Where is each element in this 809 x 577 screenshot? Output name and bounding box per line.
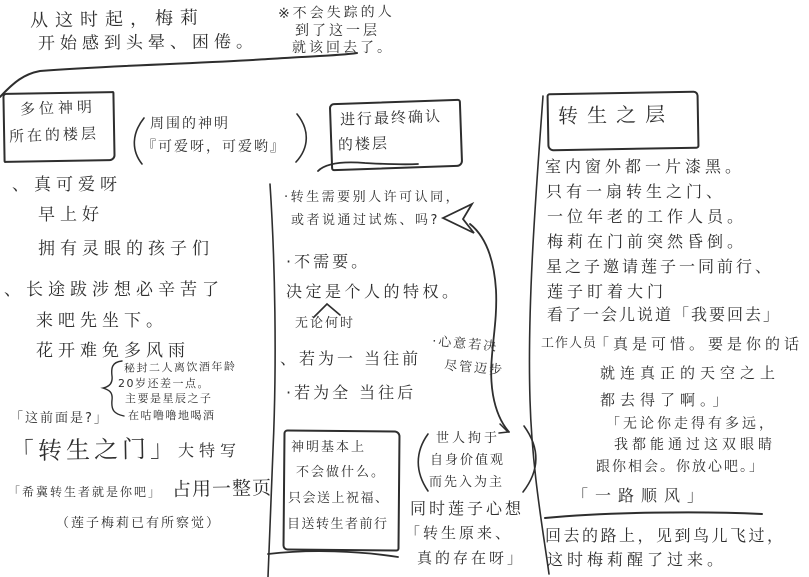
gods-blessing-line1: 神明基本上 [291, 441, 366, 455]
god-dialog-line: 、真可爱呀 [12, 176, 122, 195]
god-dialog-line: 早上好 [38, 206, 104, 225]
rebirth-floor-title: 转生之层 [558, 103, 674, 127]
scene-line: 看了一会儿说道「我要回去」 [547, 306, 781, 324]
question-line1: ·转生需要别人许可认同， [284, 191, 461, 205]
drink-note-line1: 秘封二人离饮酒年龄 [124, 361, 237, 375]
renko-thought-line2: 「转生原来、 [405, 525, 513, 542]
staff-quote1-line1: 「真是可惜。要是你的话 [594, 336, 803, 353]
answer-line1: ·不需要。 [286, 253, 370, 271]
rule-note-text1: 不会失踪的人 [293, 4, 395, 22]
reference-mark-icon: ※ [278, 6, 293, 22]
god-dialog-line: 拥有灵眼的孩子们 [38, 240, 214, 259]
scene-line: 星之子邀请莲子一同前行、 [546, 258, 774, 276]
final-confirm-box-line2: 的楼层 [338, 135, 390, 153]
ending-line2: 这时梅莉醒了过来。 [547, 551, 727, 569]
door-closeup-big: 「转生之门」 [10, 436, 178, 465]
scene-line: 莲子盯着大门 [547, 283, 667, 301]
rule-backward: ·若为全 当往后 [286, 384, 416, 402]
hope-quote: 「希冀转生者就是你吧」 [8, 486, 162, 499]
question-arrow-tail [470, 224, 509, 432]
gods-floor-box-line2: 所在的楼层 [9, 125, 100, 145]
gods-blessing-line3: 只会送上祝福、 [288, 492, 390, 506]
aside-right-paren [296, 114, 306, 162]
godbox-underline [268, 551, 398, 557]
god-dialog-line: 、长途跋涉想必辛苦了 [4, 281, 224, 300]
awareness-note: （莲子梅莉已有所察觉） [56, 517, 221, 531]
values-note-line2: 自身价值观 [430, 454, 505, 468]
aside-note-line1: 周围的神明 [150, 117, 230, 132]
gods-blessing-line4: 目送转生者前行 [287, 518, 389, 532]
hope-caption: 占用一整页 [172, 478, 272, 501]
drink-note-line3: 主要是星辰之子 [125, 393, 213, 405]
ending-divider-line [545, 512, 762, 518]
gods-floor-box-line1: 多位神明 [20, 99, 97, 118]
rule-note-line1: ※不会失踪的人 [278, 5, 395, 22]
top-divider-line [0, 53, 357, 97]
question-line2: 或者说通过试炼、吗? [291, 214, 440, 228]
staff-label: 工作人员 [541, 337, 597, 351]
answer-line2: 决定是个人的特权。 [286, 283, 462, 301]
god-dialog-line: 来吧先坐下。 [36, 312, 168, 331]
rule-note-line2: 到了这一层 [295, 24, 380, 39]
staff-quote1-line2: 就连真正的天空之上 [600, 365, 780, 382]
staff-quote3: 「一路顺风」 [572, 487, 710, 505]
scene-line: 梅莉在门前突然昏倒。 [547, 233, 747, 251]
god-dialog-line: 花开难免多风雨 [36, 342, 190, 361]
rule-note-line3: 就该回去了。 [292, 41, 394, 56]
scene-line: 只有一扇转生之门、 [546, 183, 726, 201]
values-note-line3: 而先入为主 [429, 476, 504, 490]
drink-note-line2: 20岁还差一点。 [118, 378, 210, 390]
scene-line: 室内窗外都一片漆黑。 [545, 158, 745, 176]
renko-thought-line3: 真的存在呀」 [417, 550, 525, 567]
column-divider-left [268, 184, 275, 577]
opening-note-line2: 开始感到头晕、困倦。 [38, 33, 258, 54]
opening-note-line1: 从这时起，梅莉 [30, 8, 205, 31]
question-arrowhead [443, 204, 474, 233]
aside-note-line2: 『可爱呀，可爱哟』 [142, 140, 286, 155]
panel-question: 「这前面是?」 [10, 412, 109, 426]
insertion-text: 无论何时 [295, 317, 355, 331]
staff-quote2-line1: 「无论你走得有多远， [606, 417, 776, 432]
drink-note-line4: 在咕噜噜地喝酒 [128, 410, 216, 422]
door-closeup-caption: 大特写 [178, 442, 241, 460]
final-confirm-box-line1: 进行最终确认 [340, 108, 443, 128]
staff-quote1-line3: 都去得了啊。」 [600, 392, 733, 409]
values-note-line1: 世人拘于 [436, 432, 500, 446]
staff-quote2-line3: 跟你相会。你放心吧。」 [596, 460, 765, 475]
scene-line: 一位年老的工作人员。 [547, 208, 747, 226]
staff-quote2-line2: 我都能通过这双眼睛 [614, 438, 776, 453]
gods-blessing-line2: 不会做什么。 [296, 466, 386, 480]
rule-forward: 、若为一 当往前 [280, 350, 421, 368]
renko-thought-line1: 同时莲子心想 [410, 500, 524, 518]
ending-line1: 回去的路上，见到鸟儿飞过， [545, 527, 786, 545]
values-left-paren [418, 434, 428, 491]
